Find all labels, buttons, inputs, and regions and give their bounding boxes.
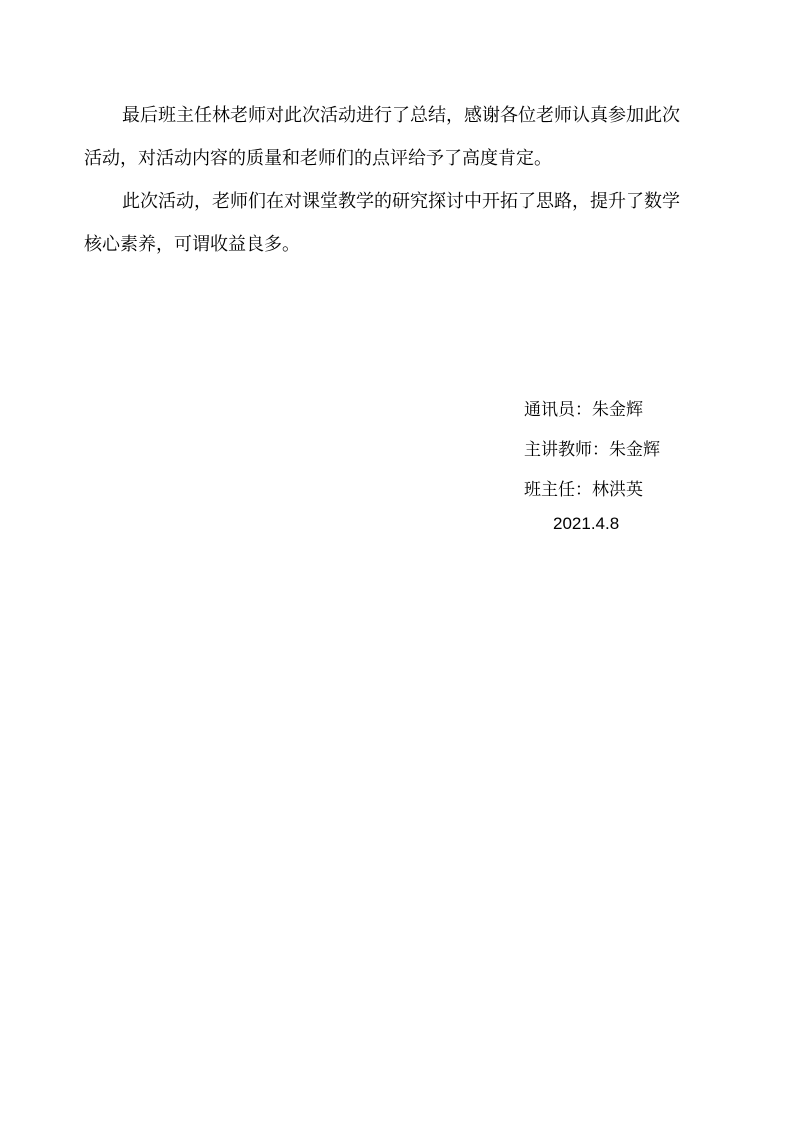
summary-paragraph: 最后班主任林老师对此次活动进行了总结，感谢各位老师认真参加此次 活动，对活动内容… — [84, 94, 714, 180]
head-teacher-line: 班主任：林洪英 — [524, 470, 660, 510]
lecturer-line: 主讲教师：朱金辉 — [524, 430, 660, 470]
paragraph-line: 最后班主任林老师对此次活动进行了总结，感谢各位老师认真参加此次 — [84, 94, 714, 137]
document-date: 2021.4.8 — [553, 514, 619, 534]
conclusion-paragraph: 此次活动，老师们在对课堂教学的研究探讨中开拓了思路，提升了数学 核心素养，可谓收… — [84, 180, 714, 266]
paragraph-line: 活动，对活动内容的质量和老师们的点评给予了高度肯定。 — [84, 137, 714, 180]
paragraph-line: 此次活动，老师们在对课堂教学的研究探讨中开拓了思路，提升了数学 — [84, 180, 714, 223]
paragraph-line: 核心素养，可谓收益良多。 — [84, 223, 714, 266]
correspondent-line: 通讯员：朱金辉 — [524, 390, 660, 430]
signature-block: 通讯员：朱金辉 主讲教师：朱金辉 班主任：林洪英 — [524, 390, 660, 510]
